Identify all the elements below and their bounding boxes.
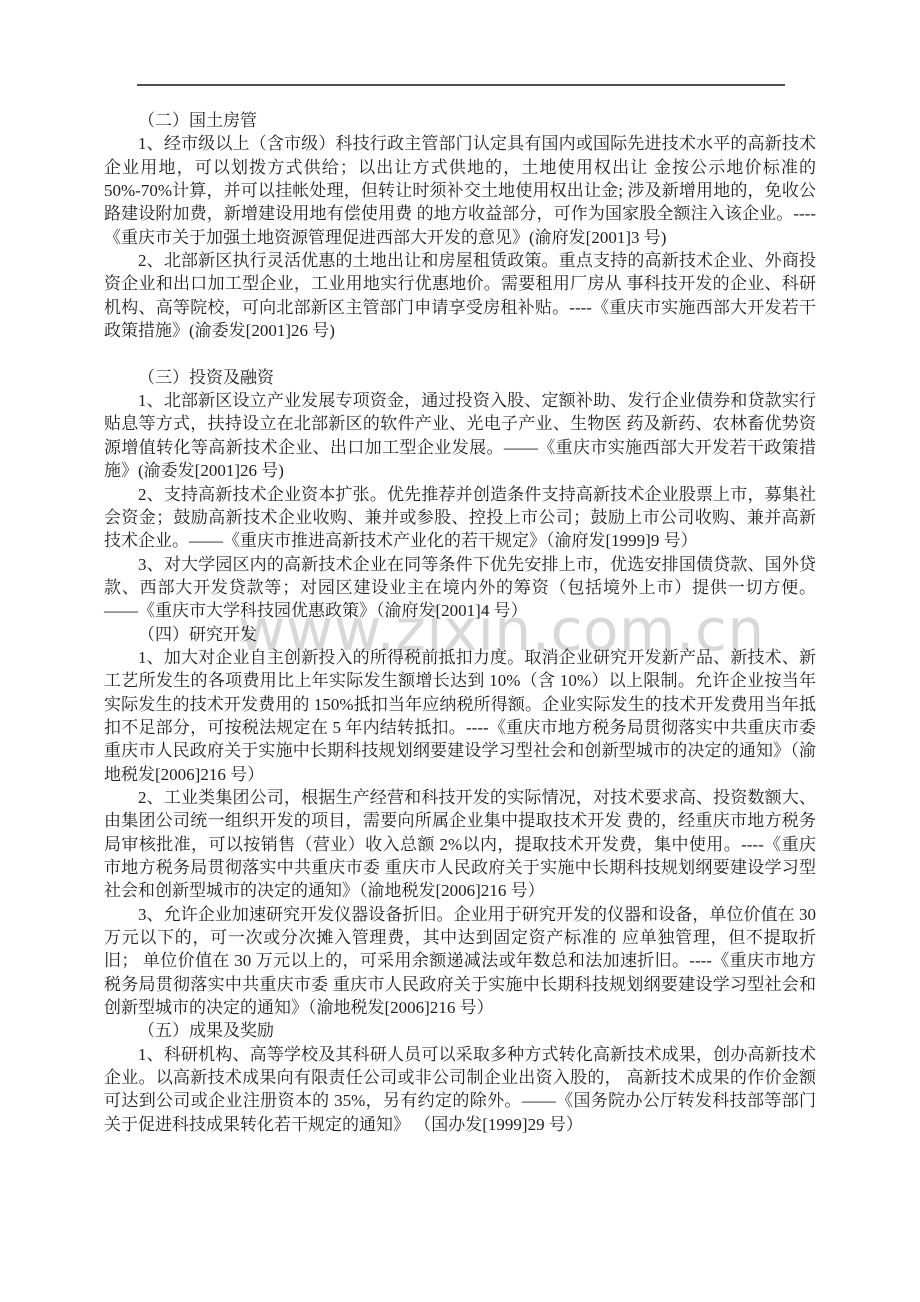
paragraph: 1、经市级以上（含市级）科技行政主管部门认定具有国内或国际先进技术水平的高新技术… xyxy=(104,132,816,249)
section-heading: （三）投资及融资 xyxy=(104,366,816,389)
section-heading: （四）研究开发 xyxy=(104,623,816,646)
header-horizontal-rule xyxy=(137,84,785,86)
paragraph: 1、科研机构、高等学校及其科研人员可以采取多种方式转化高新技术成果，创办高新技术… xyxy=(104,1043,816,1136)
paragraph: 2、北部新区执行灵活优惠的土地出让和房屋租赁政策。重点支持的高新技术企业、外商投… xyxy=(104,249,816,342)
blank-line xyxy=(104,342,816,365)
paragraph: 1、加大对企业自主创新投入的所得税前抵扣力度。取消企业研究开发新产品、新技术、新… xyxy=(104,646,816,786)
paragraph: 3、允许企业加速研究开发仪器设备折旧。企业用于研究开发的仪器和设备，单位价值在 … xyxy=(104,903,816,1020)
paragraph: 2、工业类集团公司，根据生产经营和科技开发的实际情况，对技术要求高、投资数额大、… xyxy=(104,786,816,903)
section-heading: （二）国土房管 xyxy=(104,109,816,132)
paragraph: 2、支持高新技术企业资本扩张。优先推荐并创造条件支持高新技术企业股票上市，募集社… xyxy=(104,483,816,553)
document-page: www.zixin.com.cn （二）国土房管1、经市级以上（含市级）科技行政… xyxy=(0,0,920,1302)
section-heading: （五）成果及奖励 xyxy=(104,1019,816,1042)
paragraph: 3、对大学园区内的高新技术企业在同等条件下优先安排上市，优选安排国债贷款、国外贷… xyxy=(104,553,816,623)
paragraph: 1、北部新区设立产业发展专项资金，通过投资入股、定额补助、发行企业债券和贷款实行… xyxy=(104,389,816,482)
document-content: （二）国土房管1、经市级以上（含市级）科技行政主管部门认定具有国内或国际先进技术… xyxy=(104,109,816,1136)
